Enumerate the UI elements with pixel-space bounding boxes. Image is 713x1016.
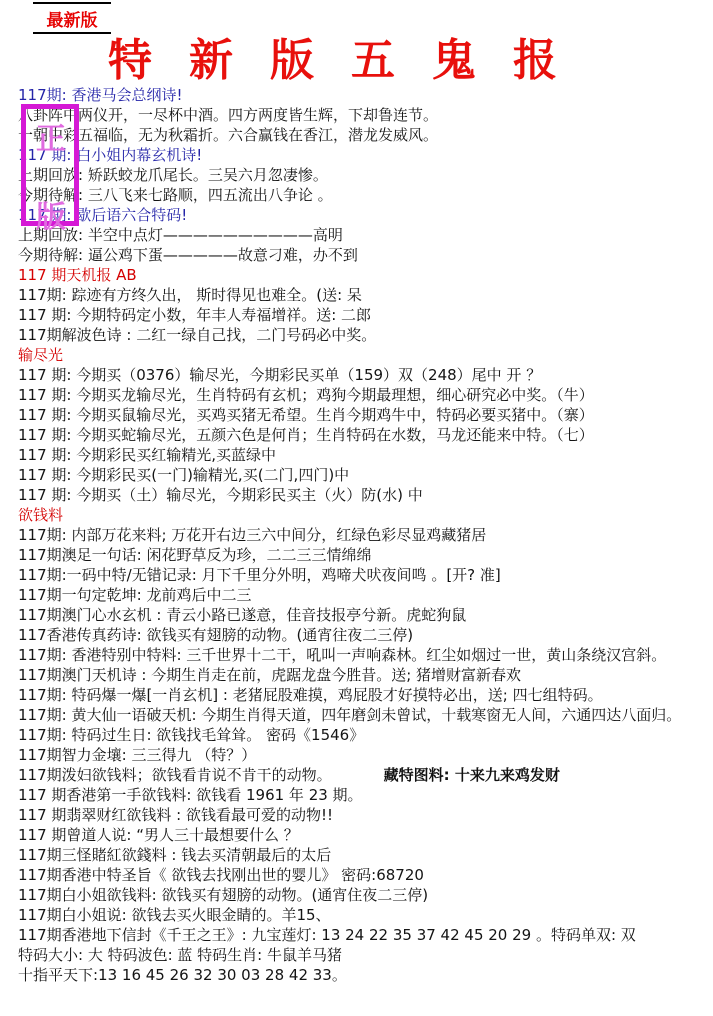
text-line: 117期白小姐说: 欲钱去买火眼金睛的。羊15、	[18, 905, 713, 925]
text-line: 117期泼妇欲钱料；欲钱看肯说不肯干的动物。藏特图料: 十来九来鸡发财	[18, 765, 713, 785]
text-line: 117 期: 今期特码定小数，年丰人寿福增祥。送: 二郎	[18, 305, 713, 325]
text-line: 117期智力金壤: 三三得九 （特？）	[18, 745, 713, 765]
text-line: 117 期天机报 AB	[18, 265, 713, 285]
five-ghost-report-page: 最新版 特 新 版 五 鬼 报 117期: 香港马会总纲诗!八卦阵中两仪开，一尽…	[0, 0, 713, 1016]
text-line: 117期香港中特圣旨《 欲钱去找刚出世的婴儿》 密码:68720	[18, 865, 713, 885]
text-line: 117 期: 今期买蛇输尽光，五颜六色是何肖；生肖特码在水数，马龙还能来中特。（…	[18, 425, 713, 445]
text-line: 117期一句定乾坤: 龙前鸡后中二三	[18, 585, 713, 605]
text-line: 117 期: 今期买（0376）输尽光，今期彩民买单（159）双（248）尾中 …	[18, 365, 713, 385]
text-line: 特码大小: 大 特码波色: 蓝 特码生肖: 牛鼠羊马猪	[18, 945, 713, 965]
text-line: 117 期: 歇后语六合特码!	[18, 205, 713, 225]
text-line: 117期澳足一句话: 闲花野草反为珍，二二三三情绵绵	[18, 545, 713, 565]
text-line: 今期待解: 三八飞来七路顺，四五流出八争论 。	[18, 185, 713, 205]
text-line: 117期: 特码爆一爆[一肖玄机] : 老猪屁股难摸，鸡屁股才好摸特必出，送; …	[18, 685, 713, 705]
text-line: 117香港传真药诗: 欲钱买有翅膀的动物。(通宵往夜二三停)	[18, 625, 713, 645]
text-line: 117 期香港第一手欲钱料: 欲钱看 1961 年 23 期。	[18, 785, 713, 805]
text-line: 117 期: 白小姐内幕玄机诗!	[18, 145, 713, 165]
text-line: 117期三怪賭紅欲錢料 : 钱去买清朝最后的太后	[18, 845, 713, 865]
text-line: 上期回放: 半空中点灯——————————高明	[18, 225, 713, 245]
text-line: 今期待解: 逼公鸡下蛋—————故意刁难，办不到	[18, 245, 713, 265]
text-line: 117期: 特码过生日: 欲钱找毛耸耸。 密码《1546》	[18, 725, 713, 745]
text-line: 上期回放: 矫跃蛟龙爪尾长。三吴六月忽凄惨。	[18, 165, 713, 185]
text-line: 117期:一码中特/无错记录: 月下千里分外明，鸡啼犬吠夜间鸣 。[开? 准]	[18, 565, 713, 585]
text-line: 欲钱料	[18, 505, 713, 525]
watermark-char-top: 正	[36, 125, 66, 155]
text-line: 117 期: 今期买龙输尽光，生肖特码有玄机；鸡狗今期最理想，细心研究必中奖。（…	[18, 385, 713, 405]
hidden-special-tip: 藏特图料: 十来九来鸡发财	[384, 766, 560, 784]
latest-edition-badge: 最新版	[33, 2, 111, 34]
text-line: 117 期: 今期彩民买(一门)输精光,买(二门,四门)中	[18, 465, 713, 485]
body-lines: 117期: 香港马会总纲诗!八卦阵中两仪开，一尽杯中酒。四方两度皆生辉，下却鲁连…	[18, 85, 713, 985]
latest-edition-badge-label: 最新版	[47, 6, 98, 31]
authenticity-watermark-box: 正 版	[21, 104, 79, 226]
page-title: 特 新 版 五 鬼 报	[108, 24, 567, 88]
text-line: 117 期: 今期彩民买红输精光,买蓝绿中	[18, 445, 713, 465]
text-line: 一朝中彩五福临，无为秋霜折。六合赢钱在香江，潜龙发威风。	[18, 125, 713, 145]
text-line: 117期: 踪迹有方终久出， 斯时得见也难全。(送: 呆	[18, 285, 713, 305]
text-line: 117 期翡翠财红欲钱料 : 欲钱看最可爱的动物!!	[18, 805, 713, 825]
text-line: 八卦阵中两仪开，一尽杯中酒。四方两度皆生辉，下却鲁连节。	[18, 105, 713, 125]
text-line: 117期澳门心水玄机 : 青云小路已遂意，佳音技报亭兮新。虎蛇狗鼠	[18, 605, 713, 625]
text-line: 十指平天下:13 16 45 26 32 30 03 28 42 33。	[18, 965, 713, 985]
text-line: 输尽光	[18, 345, 713, 365]
text-line: 117期澳门天机诗 : 今期生肖走在前，虎踞龙盘今胜昔。送; 猪增财富新春欢	[18, 665, 713, 685]
text-line: 117 期: 今期买鼠输尽光，买鸡买猪无希望。生肖今期鸡牛中，特码必要买猪中。（…	[18, 405, 713, 425]
text-line: 117期香港地下信封《千王之王》: 九宝莲灯: 13 24 22 35 37 4…	[18, 925, 713, 945]
text-line: 117 期: 今期买（土）输尽光，今期彩民买主（火）防(水) 中	[18, 485, 713, 505]
text-line: 117期: 内部万花来料; 万花开右边三六中间分，红绿色彩尽显鸡藏猪居	[18, 525, 713, 545]
text-line: 117期: 香港特别中特料: 三千世界十二干，吼叫一声响森林。红尘如烟过一世，黄…	[18, 645, 713, 665]
text-line: 117 期曾道人说: “男人三十最想要什么 ？	[18, 825, 713, 845]
text-line: 117期: 黄大仙一语破天机: 今期生肖得天道，四年磨剑未曾试，十载寒窗无人间，…	[18, 705, 713, 725]
text-line: 117期解波色诗 : 二红一绿自己找，二门号码必中奖。	[18, 325, 713, 345]
text-line: 117期白小姐欲钱料: 欲钱买有翅膀的动物。(通宵住夜二三停)	[18, 885, 713, 905]
text-line: 117期: 香港马会总纲诗!	[18, 85, 713, 105]
watermark-char-bottom: 版	[36, 203, 66, 233]
